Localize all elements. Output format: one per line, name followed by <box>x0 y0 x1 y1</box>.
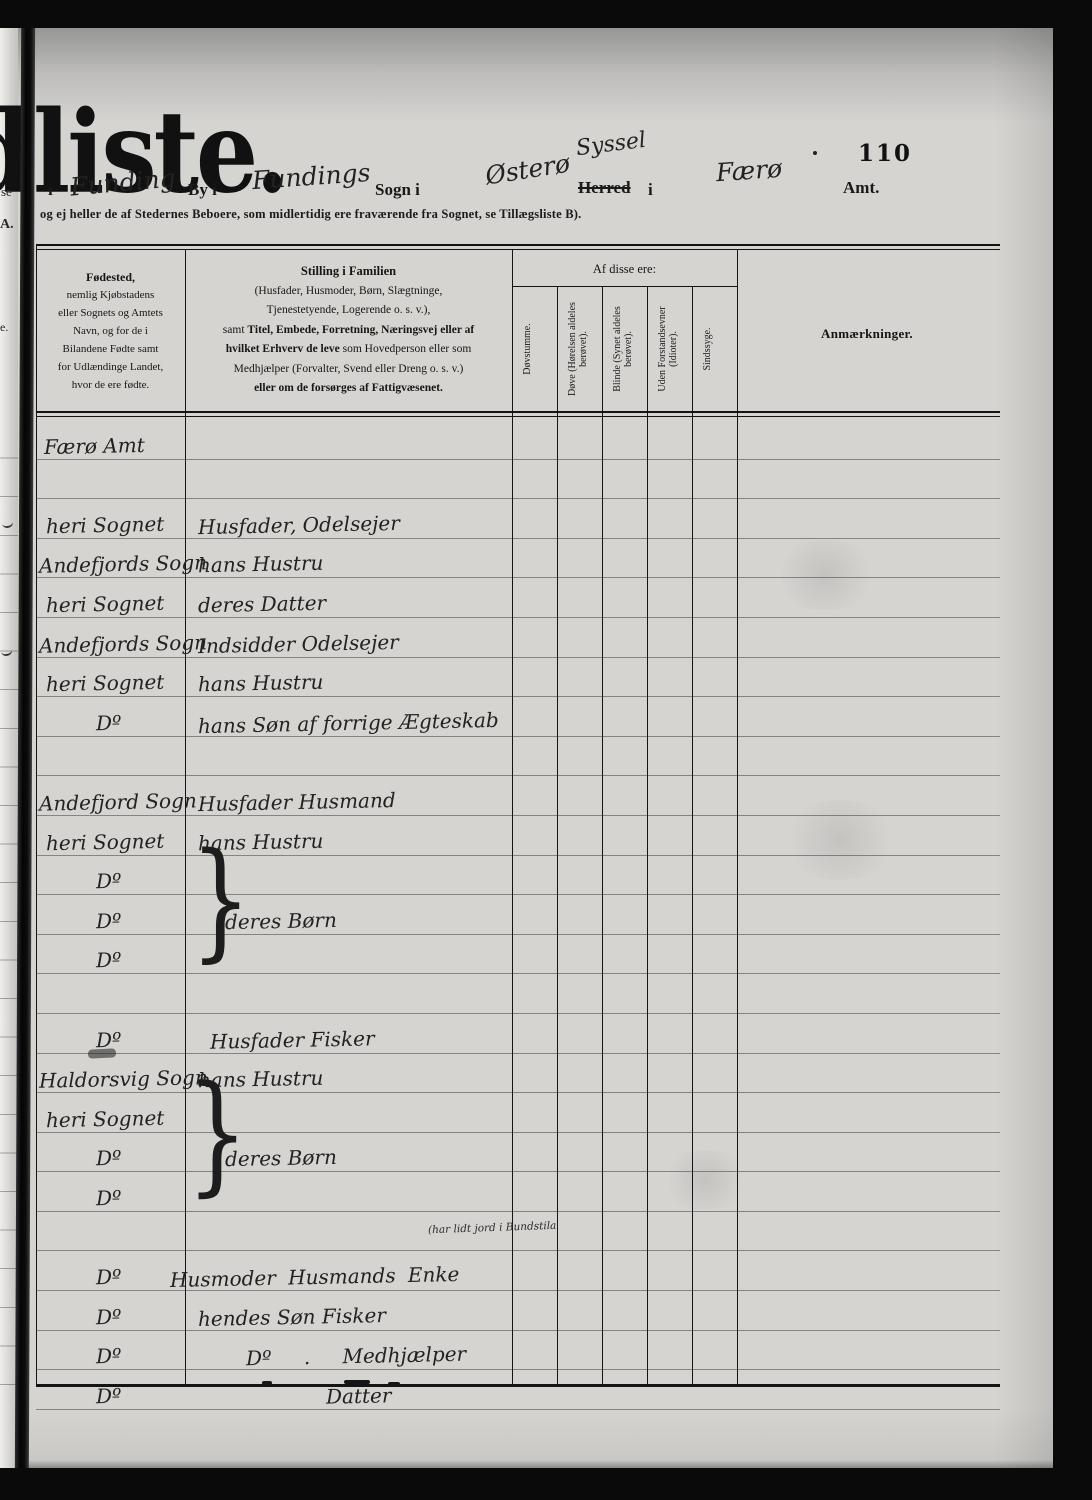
ink-dot <box>813 151 817 155</box>
table-row: heri Sognet <box>36 1093 1000 1133</box>
paper-smudge <box>770 540 880 610</box>
table-row: Dºhendes Søn Fisker <box>36 1291 1000 1331</box>
table-row: DºDatter <box>36 1370 1000 1410</box>
ink-speck <box>262 1381 272 1385</box>
page-number: 110 <box>858 140 912 167</box>
fodested-entry: Andefjords Sogn <box>39 551 207 579</box>
paper-smudge <box>780 800 900 880</box>
fodested-entry: Andefjord Sogn <box>39 788 197 815</box>
table-row: heri Sognethans Hustru <box>36 658 1000 698</box>
vertical-header-idioter: Uden Forstandsevner (Idioter). <box>657 287 681 411</box>
table-top-rule <box>36 244 1000 246</box>
stilling-entry: hans Hustru <box>198 551 324 578</box>
table-row: Haldorsvig Sognhans Hustru <box>36 1054 1000 1094</box>
header-bottom-rule <box>36 411 1000 413</box>
handwriting-correction-scribble <box>88 1048 116 1058</box>
fodested-entry: Dº <box>96 1344 122 1369</box>
stilling-entry: hans Søn af forrige Ægteskab <box>198 708 499 738</box>
stilling-entry: Indsidder Odelsejer <box>198 629 399 657</box>
fodested-entry: Dº <box>96 1304 122 1329</box>
fodested-header-line: Bilandene Fødte samt <box>38 340 183 358</box>
fodested-entry: Andefjords Sogn <box>39 630 207 658</box>
label-herred-struck: Herred <box>578 178 631 198</box>
fodested-entry: Dº <box>96 710 122 735</box>
fodested-entry: Dº <box>96 948 122 973</box>
stilling-entry: Husmoder Husmands Enke <box>170 1262 460 1292</box>
table-top-rule-2 <box>36 249 1000 250</box>
fodested-entry: heri Sognet <box>46 670 165 696</box>
stilling-entry: hendes Søn Fisker <box>198 1303 386 1331</box>
fodested-entry: Dº <box>96 908 122 933</box>
margin-fragment-se: se <box>1 184 12 200</box>
fodested-header-line: for Udlændinge Landet, <box>38 358 183 376</box>
margin-fragment-a: A. <box>0 217 14 233</box>
vlabel-line: Blinde (Synet aldeles <box>612 287 623 411</box>
table-row <box>36 460 1000 500</box>
vlabel-line: berøvet). <box>623 287 634 411</box>
scanned-census-sheet: d liste. se A. e. i Funding By i Funding… <box>0 0 1092 1500</box>
label-sogn-i: Sogn i <box>375 180 420 200</box>
stilling-header-line: (Husfader, Husmoder, Børn, Slægtninge, <box>187 282 510 302</box>
stilling-entry: hans Hustru <box>198 670 324 697</box>
label-amt: Amt. <box>843 178 879 198</box>
stilling-header-line: Medhjælper (Forvalter, Svend eller Dreng… <box>187 360 510 380</box>
anmaerkninger-header: Anmærkninger. <box>737 326 997 342</box>
page-edge-shading <box>995 28 1053 1468</box>
table-row: DºHusfader Fisker <box>36 1014 1000 1054</box>
stilling-l3: Tjenestetyende, Logerende o. s. v.), <box>267 304 431 316</box>
stilling-l5b: som Hovedperson eller som <box>340 343 472 355</box>
vlabel-line: Uden Forstandsevner <box>657 287 668 411</box>
vertical-header-dove: Døve (Hørelsen aldeles berøvet). <box>567 287 591 411</box>
fodested-entry: heri Sognet <box>46 512 165 538</box>
stilling-header-line: samt Titel, Embede, Forretning, Næringsv… <box>187 321 510 341</box>
fodested-header-line: nemlig Kjøbstadens <box>38 286 183 304</box>
stilling-entry: Husfader Husmand <box>198 788 396 816</box>
stilling-header-line: hvilket Erhverv de leve som Hovedperson … <box>187 340 510 360</box>
table-row: DºDº . Medhjælper <box>36 1331 1000 1371</box>
stilling-l4b: Titel, Embede, Forretning, Næringsvej el… <box>247 324 474 336</box>
scan-border-right <box>1053 0 1092 1500</box>
stilling-entry: Husfader Fisker <box>210 1026 375 1053</box>
table-row: Dºhans Søn af forrige Ægteskab <box>36 697 1000 737</box>
vertical-header-blinde: Blinde (Synet aldeles berøvet). <box>612 287 636 411</box>
amt-name-handwritten: Færø <box>715 154 783 188</box>
stilling-header-line: eller om de forsørges af Fattigvæsenet. <box>187 379 510 399</box>
fodested-entry: Dº <box>96 869 122 894</box>
table-row: Dº <box>36 935 1000 975</box>
stilling-l2: (Husfader, Husmoder, Børn, Slægtninge, <box>255 285 443 297</box>
stilling-entry: Dº . Medhjælper <box>246 1342 467 1371</box>
paper-smudge <box>660 1150 750 1210</box>
stilling-l7: eller om de forsørges af Fattigvæsenet. <box>254 382 443 394</box>
fodested-entry: Haldorsvig Sogn <box>39 1065 208 1093</box>
label-i-1: i <box>48 180 53 200</box>
vlabel-line: berøvet). <box>578 287 589 411</box>
table-row: heri SognetHusfader, Odelsejer <box>36 499 1000 539</box>
table-row <box>36 737 1000 777</box>
stilling-l5a: hvilket Erhverv de leve <box>226 343 340 355</box>
vlabel-line: Døve (Hørelsen aldeles <box>567 287 578 411</box>
stilling-header-line: Tjenestetyende, Logerende o. s. v.), <box>187 301 510 321</box>
fodested-entry: Dº <box>96 1265 122 1290</box>
fodested-entry: heri Sognet <box>46 1105 165 1131</box>
fodested-column-header: Fødested, nemlig Kjøbstadens eller Sogne… <box>38 268 183 394</box>
table-row: DºHusmoder Husmands Enke <box>36 1251 1000 1291</box>
ink-speck <box>388 1382 400 1386</box>
stilling-entry: Husfader, Odelsejer <box>198 511 400 539</box>
vertical-header-dovstumme: Døvstumme. <box>522 287 546 411</box>
fodested-entry: heri Sognet <box>46 591 165 617</box>
fodested-entry: heri Sognet <box>46 828 165 854</box>
ink-speck <box>344 1380 370 1384</box>
table-row: Dºderes Børn <box>36 1133 1000 1173</box>
margin-fragment-e: e. <box>0 320 8 335</box>
fodested-header-title: Fødested, <box>38 268 183 286</box>
fodested-entry: Færø Amt <box>44 433 145 459</box>
scan-border-top <box>0 0 1092 28</box>
fodested-header-line: Navn, og for de i <box>38 322 183 340</box>
fodested-header-line: hvor de ere fødte. <box>38 376 183 394</box>
stilling-entry: Datter <box>326 1383 392 1408</box>
table-row <box>36 974 1000 1014</box>
af-disse-ere-header: Af disse ere: <box>512 262 737 277</box>
vlabel-line: (Idioter). <box>668 287 679 411</box>
children-brace-1: } <box>190 845 251 957</box>
fodested-entry: Dº <box>96 1384 122 1409</box>
vertical-header-sindssyge: Sindssyge. <box>702 287 726 411</box>
table-row: Dºderes Børn <box>36 895 1000 935</box>
children-brace-2: } <box>186 1076 248 1190</box>
label-by-i: By i <box>188 180 217 200</box>
fodested-entry: Dº <box>96 1146 122 1171</box>
fodested-entry: Dº <box>96 1186 122 1211</box>
table-row: Andefjords SognIndsidder Odelsejer <box>36 618 1000 658</box>
header-bottom-rule-2 <box>36 416 1000 417</box>
scan-border-bottom <box>0 1468 1092 1500</box>
stilling-l6: Medhjælper (Forvalter, Svend eller Dreng… <box>234 363 464 375</box>
stilling-header-title: Stilling i Familien <box>187 262 510 282</box>
label-i-2: i <box>648 180 653 200</box>
stilling-entry: deres Datter <box>198 591 327 618</box>
stilling-column-header: Stilling i Familien (Husfader, Husmoder,… <box>187 262 510 399</box>
stilling-l4a: samt <box>223 324 248 336</box>
table-row: Færø Amt <box>36 420 1000 460</box>
table-row: Dº <box>36 1172 1000 1212</box>
vlabel-line: Døvstumme. <box>522 287 533 411</box>
fodested-header-line: eller Sognets og Amtets <box>38 304 183 322</box>
vlabel-line: Sindssyge. <box>702 287 713 411</box>
